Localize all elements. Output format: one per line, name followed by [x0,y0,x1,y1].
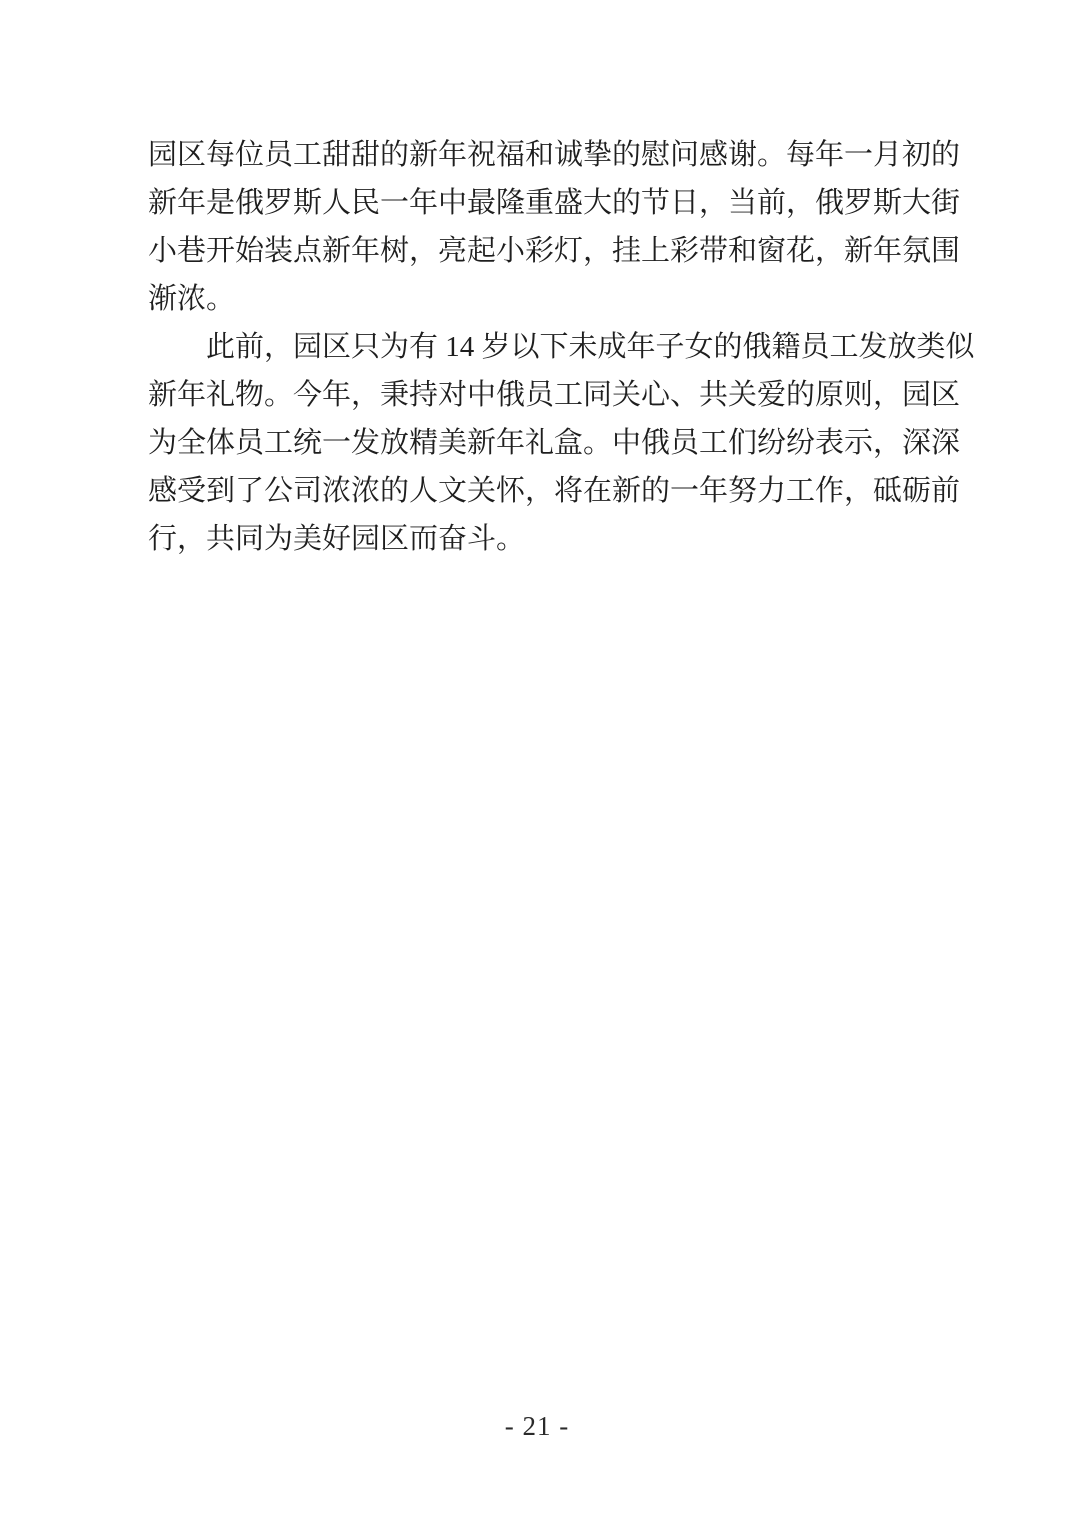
paragraph-1: 园区每位员工甜甜的新年祝福和诚挚的慰问感谢。每年一月初的 新年是俄罗斯人民一年中… [148,131,920,323]
document-page: 园区每位员工甜甜的新年祝福和诚挚的慰问感谢。每年一月初的 新年是俄罗斯人民一年中… [0,0,1074,1520]
text-line: 园区每位员工甜甜的新年祝福和诚挚的慰问感谢。每年一月初的 [148,131,920,179]
text-line: 新年是俄罗斯人民一年中最隆重盛大的节日，当前，俄罗斯大街 [148,179,920,227]
text-line: 渐浓。 [148,275,920,323]
text-line: 新年礼物。今年，秉持对中俄员工同关心、共关爱的原则，园区 [148,371,920,419]
page-number-footer: - 21 - [0,1408,1074,1444]
text-line: 为全体员工统一发放精美新年礼盒。中俄员工们纷纷表示，深深 [148,419,920,467]
body-text: 园区每位员工甜甜的新年祝福和诚挚的慰问感谢。每年一月初的 新年是俄罗斯人民一年中… [148,131,920,563]
text-line: 感受到了公司浓浓的人文关怀，将在新的一年努力工作，砥砺前 [148,467,920,515]
paragraph-2: 此前，园区只为有 14 岁以下未成年子女的俄籍员工发放类似 新年礼物。今年，秉持… [148,323,920,563]
text-line: 小巷开始装点新年树，亮起小彩灯，挂上彩带和窗花，新年氛围 [148,227,920,275]
text-line: 此前，园区只为有 14 岁以下未成年子女的俄籍员工发放类似 [148,323,920,371]
text-line: 行，共同为美好园区而奋斗。 [148,515,920,563]
